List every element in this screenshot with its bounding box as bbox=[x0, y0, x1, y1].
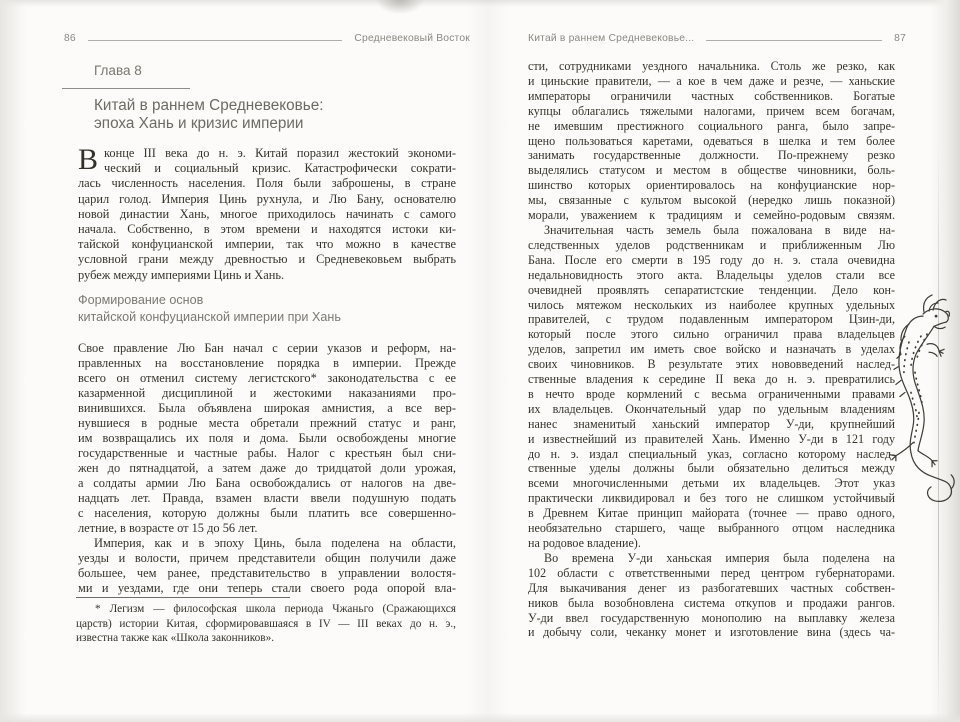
text-line: и известнейший из правителей Хань. Именн… bbox=[528, 432, 895, 447]
chapter-title: Китай в раннем Средневековье: эпоха Хань… bbox=[94, 97, 323, 132]
text-line: который после этого сильно ограничил пра… bbox=[528, 327, 895, 342]
text-line: с населения, которую должны были платить… bbox=[78, 506, 456, 521]
text-line: купцы облагались тяжелыми налогами, прич… bbox=[528, 104, 895, 119]
text-line: ственные владения к середине II века до … bbox=[528, 372, 895, 387]
text-line: ственные уделы должны были обязательно д… bbox=[528, 461, 895, 476]
running-header-right: Китай в раннем Средневековье... 87 bbox=[528, 33, 906, 44]
text-line: * Легизм — философская школа периода Чжа… bbox=[76, 602, 456, 617]
text-line: надцать лет. Правда, взамен власти ввели… bbox=[78, 491, 456, 506]
text-line: занимать государственные должности. По-п… bbox=[528, 148, 895, 163]
text-line: в нечто вроде кормлений с весьма огранич… bbox=[528, 387, 895, 402]
text-line: выделялись статусом и местом в обществе … bbox=[528, 163, 895, 178]
text-line: нувшиеся в родные места обретали прежний… bbox=[78, 416, 456, 431]
paragraph: Значительная часть земель была пожалован… bbox=[528, 223, 895, 551]
running-header-title: Средневековый Восток bbox=[354, 33, 470, 44]
text-line: Империя, как и в эпоху Цинь, была поделе… bbox=[78, 536, 456, 551]
text-line: необязательно старшего, чаще выбранного … bbox=[528, 521, 895, 536]
chapter-title-line: Китай в раннем Средневековье: bbox=[94, 97, 323, 115]
chapter-label: Глава 8 bbox=[94, 63, 142, 78]
right-body-text: сти, сотрудниками уездного начальника. С… bbox=[528, 59, 895, 640]
page-edge-bottom bbox=[0, 713, 960, 722]
text-line: 102 области с ответственными перед центр… bbox=[528, 566, 895, 581]
text-line: казарменной дисциплиной и жестокими нака… bbox=[78, 386, 456, 401]
header-rule bbox=[88, 40, 343, 41]
text-line: новой династии Хань, многое приходилось … bbox=[78, 207, 456, 222]
text-line: всеми многочисленными детьми их владельц… bbox=[528, 476, 895, 491]
text-line: нанес знаменитый ханьский император У-ди… bbox=[528, 417, 895, 432]
text-line: и циньские правители, — а кое в чем даже… bbox=[528, 74, 895, 89]
text-line: до н. э. издал специальный указ, согласн… bbox=[528, 447, 895, 462]
text-line: ческий и социальный кризис. Катастрофиче… bbox=[78, 161, 456, 176]
text-line: тайской конфуцианской империи, так что м… bbox=[78, 237, 456, 252]
text-line: императоры ограничили частных собственни… bbox=[528, 89, 895, 104]
page-edge-left bbox=[0, 0, 26, 722]
text-line: не имевшим престижного социального ранга… bbox=[528, 119, 895, 134]
text-line: им возвращались их поля и дома. Были осв… bbox=[78, 431, 456, 446]
paragraph: Во времена У-ди ханьская империя была по… bbox=[528, 551, 895, 640]
text-line: чилось мятежом нескольких из наиболее кр… bbox=[528, 298, 895, 313]
text-line: У-ди ввел государственную монополию на в… bbox=[528, 611, 895, 626]
paragraph: Свое правление Лю Бан начал с серии указ… bbox=[78, 341, 456, 536]
running-header-title: Китай в раннем Средневековье... bbox=[528, 33, 694, 44]
footnote-rule bbox=[76, 597, 290, 598]
text-line: практически ликвидировал и без того не с… bbox=[528, 491, 895, 506]
drop-cap: В bbox=[78, 147, 98, 175]
text-line: государственные и частные рабы. Налог с … bbox=[78, 446, 456, 461]
text-line: царств) истории Китая, сформировавшаяся … bbox=[76, 617, 456, 632]
text-line: большее, чем ранее, представительство в … bbox=[78, 566, 456, 581]
section-subheading: Формирование основ китайской конфуцианск… bbox=[78, 292, 341, 326]
chapter-underline bbox=[62, 88, 190, 89]
text-line: Свое правление Лю Бан начал с серии указ… bbox=[78, 341, 456, 356]
intro-text-block: В конце III века до н. э. Китай поразил … bbox=[78, 146, 456, 283]
text-line: жен до пятнадцатой, а затем даже до трид… bbox=[78, 461, 456, 476]
book-scan: 86 Средневековый Восток Глава 8 Китай в … bbox=[0, 0, 960, 722]
text-line: в Древнем Китае принцип майората (точнее… bbox=[528, 506, 895, 521]
text-line: их владельцев. Окончательный удар по уде… bbox=[528, 402, 895, 417]
intro-paragraphs: конце III века до н. э. Китай поразил же… bbox=[78, 146, 456, 283]
text-line: уделов, запретил им иметь свое войско и … bbox=[528, 342, 895, 357]
text-line: Во времена У-ди ханьская империя была по… bbox=[528, 551, 895, 566]
text-line: правителей, с трудом подавленным императ… bbox=[528, 312, 895, 327]
text-line: ми и уездами, где они теперь стали своег… bbox=[78, 581, 456, 596]
subheading-line: китайской конфуцианской империи при Хань bbox=[78, 309, 341, 326]
chapter-title-line: эпоха Хань и кризис империи bbox=[94, 115, 323, 133]
text-line: ников была возобновлена система откупов … bbox=[528, 596, 895, 611]
text-line: недальновидность этого акта. Владельцы у… bbox=[528, 268, 895, 283]
paragraph: * Легизм — философская школа периода Чжа… bbox=[76, 602, 456, 646]
paragraph: Империя, как и в эпоху Цинь, была поделе… bbox=[78, 536, 456, 596]
text-line: винившихся. Была объявлена широкая амнис… bbox=[78, 401, 456, 416]
text-line: уезды и волости, причем представители об… bbox=[78, 551, 456, 566]
text-line: очевидней проявлять сепаратистские тенде… bbox=[528, 283, 895, 298]
text-line: а солдаты армии Лю Бана освобождались от… bbox=[78, 476, 456, 491]
text-line: морали, уважением к традициям и семейно-… bbox=[528, 208, 895, 223]
page-number-right: 87 bbox=[894, 33, 906, 44]
page-number-left: 86 bbox=[64, 33, 76, 44]
header-rule bbox=[706, 40, 882, 41]
text-line: Бана. После его смерти в 195 году до н. … bbox=[528, 253, 895, 268]
text-line: на родовое владение). bbox=[528, 536, 895, 551]
text-line: рубеж между империями Цинь и Хань. bbox=[78, 268, 456, 283]
text-line: конце III века до н. э. Китай поразил же… bbox=[78, 146, 456, 161]
text-line: шинство которых ориентировалось на конфу… bbox=[528, 178, 895, 193]
footnote: * Легизм — философская школа периода Чжа… bbox=[76, 602, 456, 646]
paragraph: конце III века до н. э. Китай поразил же… bbox=[78, 146, 456, 283]
text-line: мы, связанные с культом высокой (нередко… bbox=[528, 193, 895, 208]
text-line: сти, сотрудниками уездного начальника. С… bbox=[528, 59, 895, 74]
text-line: щено пользоваться каретами, одеваться в … bbox=[528, 134, 895, 149]
text-line: всего он отменил систему легистского* за… bbox=[78, 371, 456, 386]
text-line: своих чиновников. В результате этих ново… bbox=[528, 357, 895, 372]
text-line: начала. Собственно, в этом времени и нах… bbox=[78, 222, 456, 237]
running-header-left: 86 Средневековый Восток bbox=[64, 33, 470, 44]
text-line: лась численность населения. Поля были за… bbox=[78, 176, 456, 191]
text-line: Значительная часть земель была пожалован… bbox=[528, 223, 895, 238]
text-line: и добычу соли, чеканку монет и изготовле… bbox=[528, 625, 895, 640]
text-line: правленных на восстановление порядка в и… bbox=[78, 356, 456, 371]
scan-shadow bbox=[376, 0, 424, 14]
text-line: Для выкачивания денег из разбогатевших ч… bbox=[528, 581, 895, 596]
book-spine bbox=[466, 0, 510, 722]
subheading-line: Формирование основ bbox=[78, 292, 341, 309]
dragon-illustration bbox=[884, 292, 956, 508]
text-line: летние, в возрасте от 15 до 56 лет. bbox=[78, 521, 456, 536]
text-line: следственных уделов родственникам и приб… bbox=[528, 238, 895, 253]
text-line: известна также как «Школа законников». bbox=[76, 631, 456, 646]
text-line: царил голод. Империя Цинь рухнула, и Лю … bbox=[78, 192, 456, 207]
text-line: условной грани между древностью и Средне… bbox=[78, 252, 456, 267]
left-body-text: Свое правление Лю Бан начал с серии указ… bbox=[78, 341, 456, 596]
paragraph: сти, сотрудниками уездного начальника. С… bbox=[528, 59, 895, 223]
